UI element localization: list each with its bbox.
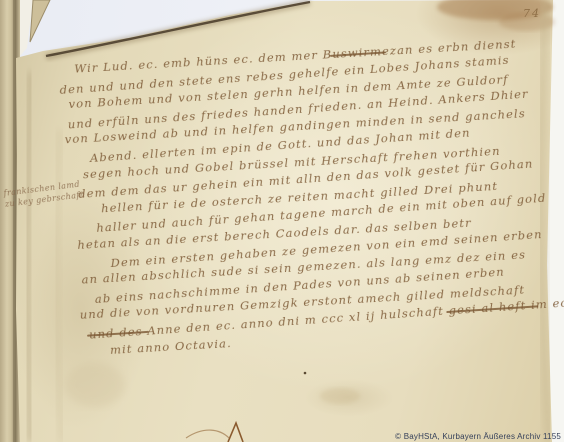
manuscript-photo: Wir Lud. ec. emb hüns ec. dem mer Buswir… <box>0 0 564 442</box>
manuscript-text-block: Wir Lud. ec. emb hüns ec. dem mer Buswir… <box>58 32 564 393</box>
folio-number: 74 <box>523 7 541 20</box>
spine-crease <box>13 0 16 442</box>
beige-folio-corner <box>30 0 50 42</box>
white-folio-sliver <box>20 0 33 56</box>
archive-watermark: © BayHStA, Kurbayern Äußeres Archiv 1155 <box>395 432 561 441</box>
